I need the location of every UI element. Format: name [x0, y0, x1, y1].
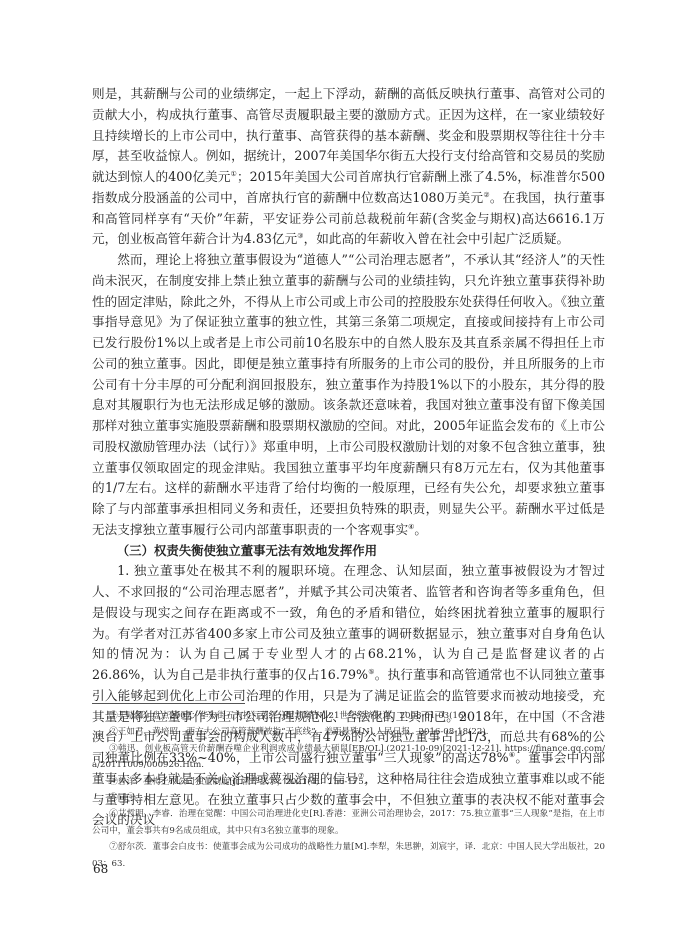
footnote-4: ④曾洋．重构上市公司独董制度[J].清华法学，2021(4)：156-175.: [92, 774, 605, 790]
footnote-2: ②王如君，黄培昭．西方大公司高管薪酬被指“无底线”，差距悬殊[N].人民日报，2…: [92, 724, 605, 740]
paragraph-text: 1. 独立董事处在极其不利的履职环境。在理念、认知层面，独立董事被假设为才智过人…: [92, 563, 605, 682]
footnote-divider: [92, 703, 245, 704]
footnotes: ①于晓娜．盘点2007：华尔街五大投行花红分配方案[N].21世纪经济报道，20…: [92, 708, 605, 872]
paragraph-text: 。: [414, 522, 427, 537]
footnote-3: ③韩迅．创业板高管天价薪酬吞噬企业利润或成业绩最大硕鼠[EB/OL].(2021…: [92, 741, 605, 774]
paragraph-compensation-executives: 则是，其薪酬与公司的业绩绑定，一起上下浮动，薪酬的高低反映执行董事、高管对公司的…: [92, 84, 605, 250]
paragraph-text: ，如此高的年薪收入曾在社会中引起广泛质疑。: [304, 231, 570, 246]
footnote-ref-5[interactable]: ⑤: [368, 668, 375, 676]
footnote-7: ⑦舒尔茨．董事会白皮书：使董事会成为公司成功的战略性力量[M].李犁，朱思翀，刘…: [92, 839, 605, 872]
paragraph-independent-director-pay: 然而，理论上将独立董事假设为“道德人”“公司治理志愿者”，不承认其“经济人”的天…: [92, 250, 605, 541]
footnote-1: ①于晓娜．盘点2007：华尔街五大投行花红分配方案[N].21世纪经济报道，20…: [92, 708, 605, 724]
footnote-5: ⑤同④。: [92, 790, 605, 806]
paragraph-text: 然而，理论上将独立董事假设为“道德人”“公司治理志愿者”，不承认其“经济人”的天…: [92, 252, 605, 537]
footnote-6: ⑥艾哲明，李睿．治理在觉醒：中国公司治理进化史[R].香港：亚洲公司治理协会，2…: [92, 806, 605, 839]
section-heading: （三）权责失衡使独立董事无法有效地发挥作用: [92, 541, 605, 562]
page-number: 68: [93, 862, 108, 876]
